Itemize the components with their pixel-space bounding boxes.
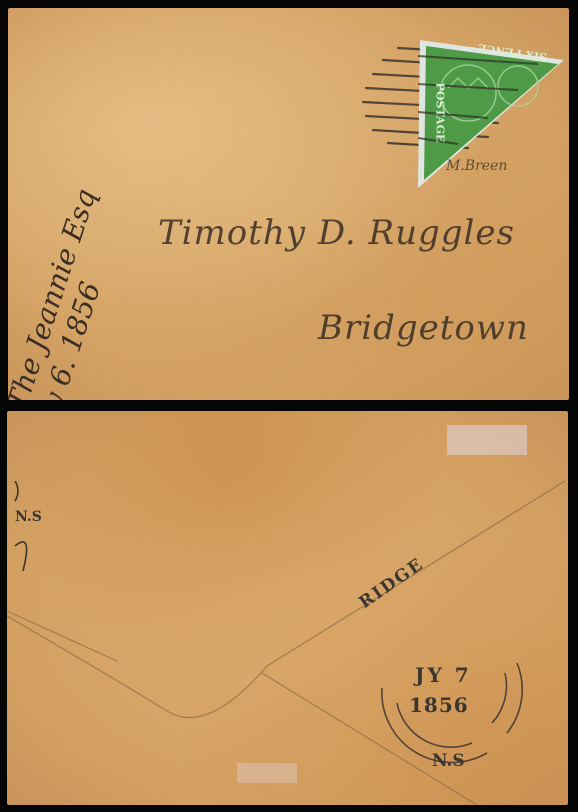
postmark-province: N.S [432, 751, 465, 771]
partial-postmark-left [13, 481, 43, 571]
postmark-year: 1856 [409, 693, 469, 717]
stamp-side-text: POSTAGE [433, 83, 446, 143]
initials-pencil: M.Breen [446, 158, 507, 174]
bridgetown-postmark: RIDGE JY 7 1856 N.S [357, 593, 537, 773]
partial-postmark-text: N.S [15, 509, 42, 525]
address-name: Timothy D. Ruggles [158, 213, 515, 253]
envelope-front: SIX PENCE POSTAGE M.Breen The Jeannie Es… [8, 8, 569, 400]
docket-notation: The Jeannie Esq Jy 6. 1856 [8, 118, 156, 400]
address-town: Bridgetown [318, 308, 529, 348]
envelope-back: N.S RIDGE JY 7 1856 N.S [7, 411, 568, 805]
postmark-date: JY 7 [415, 663, 472, 687]
